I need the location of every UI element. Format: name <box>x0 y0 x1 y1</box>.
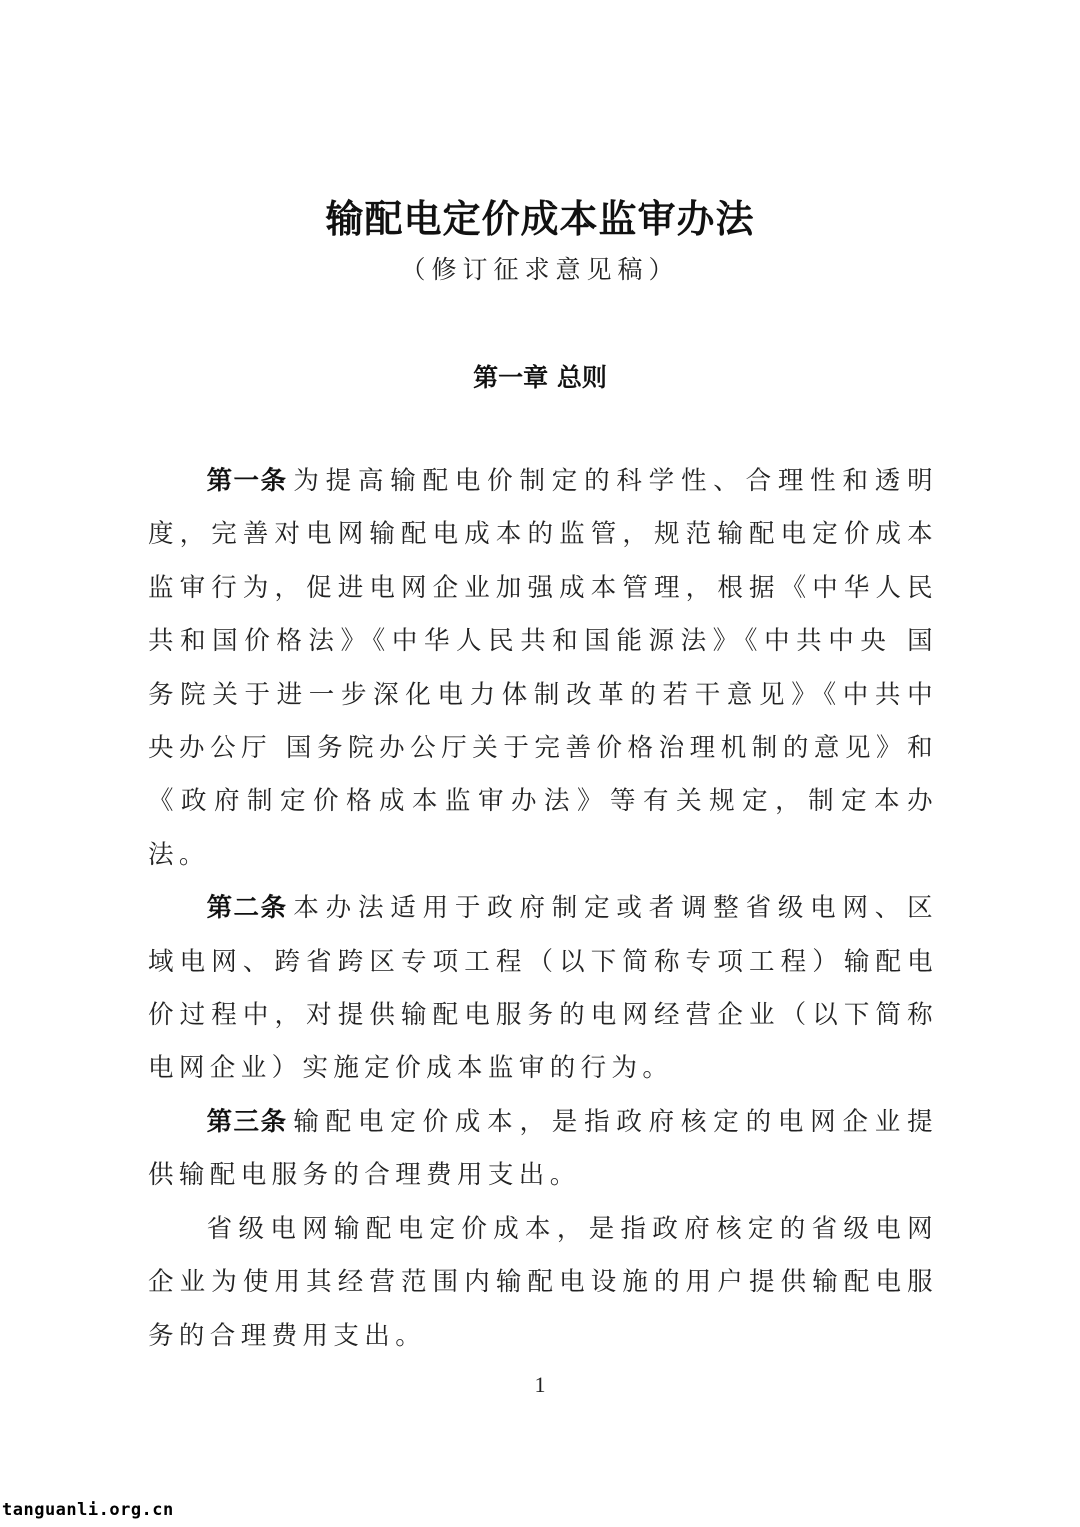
document-body: 第一条为提高输配电价制定的科学性、合理性和透明度，完善对电网输配电成本的监管，规… <box>148 455 938 1363</box>
article-label: 第三条 <box>207 1107 288 1137</box>
article-label: 第一条 <box>207 466 288 496</box>
paragraph-text: 省级电网输配电定价成本，是指政府核定的省级电网企业为使用其经营范围内输配电设施的… <box>148 1214 938 1351</box>
page-number: 1 <box>0 1372 1080 1398</box>
article-1: 第一条为提高输配电价制定的科学性、合理性和透明度，完善对电网输配电成本的监管，规… <box>148 455 938 882</box>
article-3: 第三条输配电定价成本，是指政府核定的电网企业提供输配电服务的合理费用支出。 <box>148 1096 938 1203</box>
watermark: tanguanli.org.cn <box>2 1500 174 1520</box>
document-title: 输配电定价成本监审办法 <box>0 188 1080 243</box>
article-3-paragraph-2: 省级电网输配电定价成本，是指政府核定的省级电网企业为使用其经营范围内输配电设施的… <box>148 1203 938 1363</box>
article-text: 为提高输配电价制定的科学性、合理性和透明度，完善对电网输配电成本的监管，规范输配… <box>148 466 938 870</box>
chapter-heading: 第一章 总则 <box>0 358 1080 394</box>
article-label: 第二条 <box>207 893 288 923</box>
document-subtitle: （修订征求意见稿） <box>0 250 1080 286</box>
article-2: 第二条本办法适用于政府制定或者调整省级电网、区域电网、跨省跨区专项工程（以下简称… <box>148 882 938 1096</box>
document-page: 输配电定价成本监审办法 （修订征求意见稿） 第一章 总则 第一条为提高输配电价制… <box>0 0 1080 1527</box>
